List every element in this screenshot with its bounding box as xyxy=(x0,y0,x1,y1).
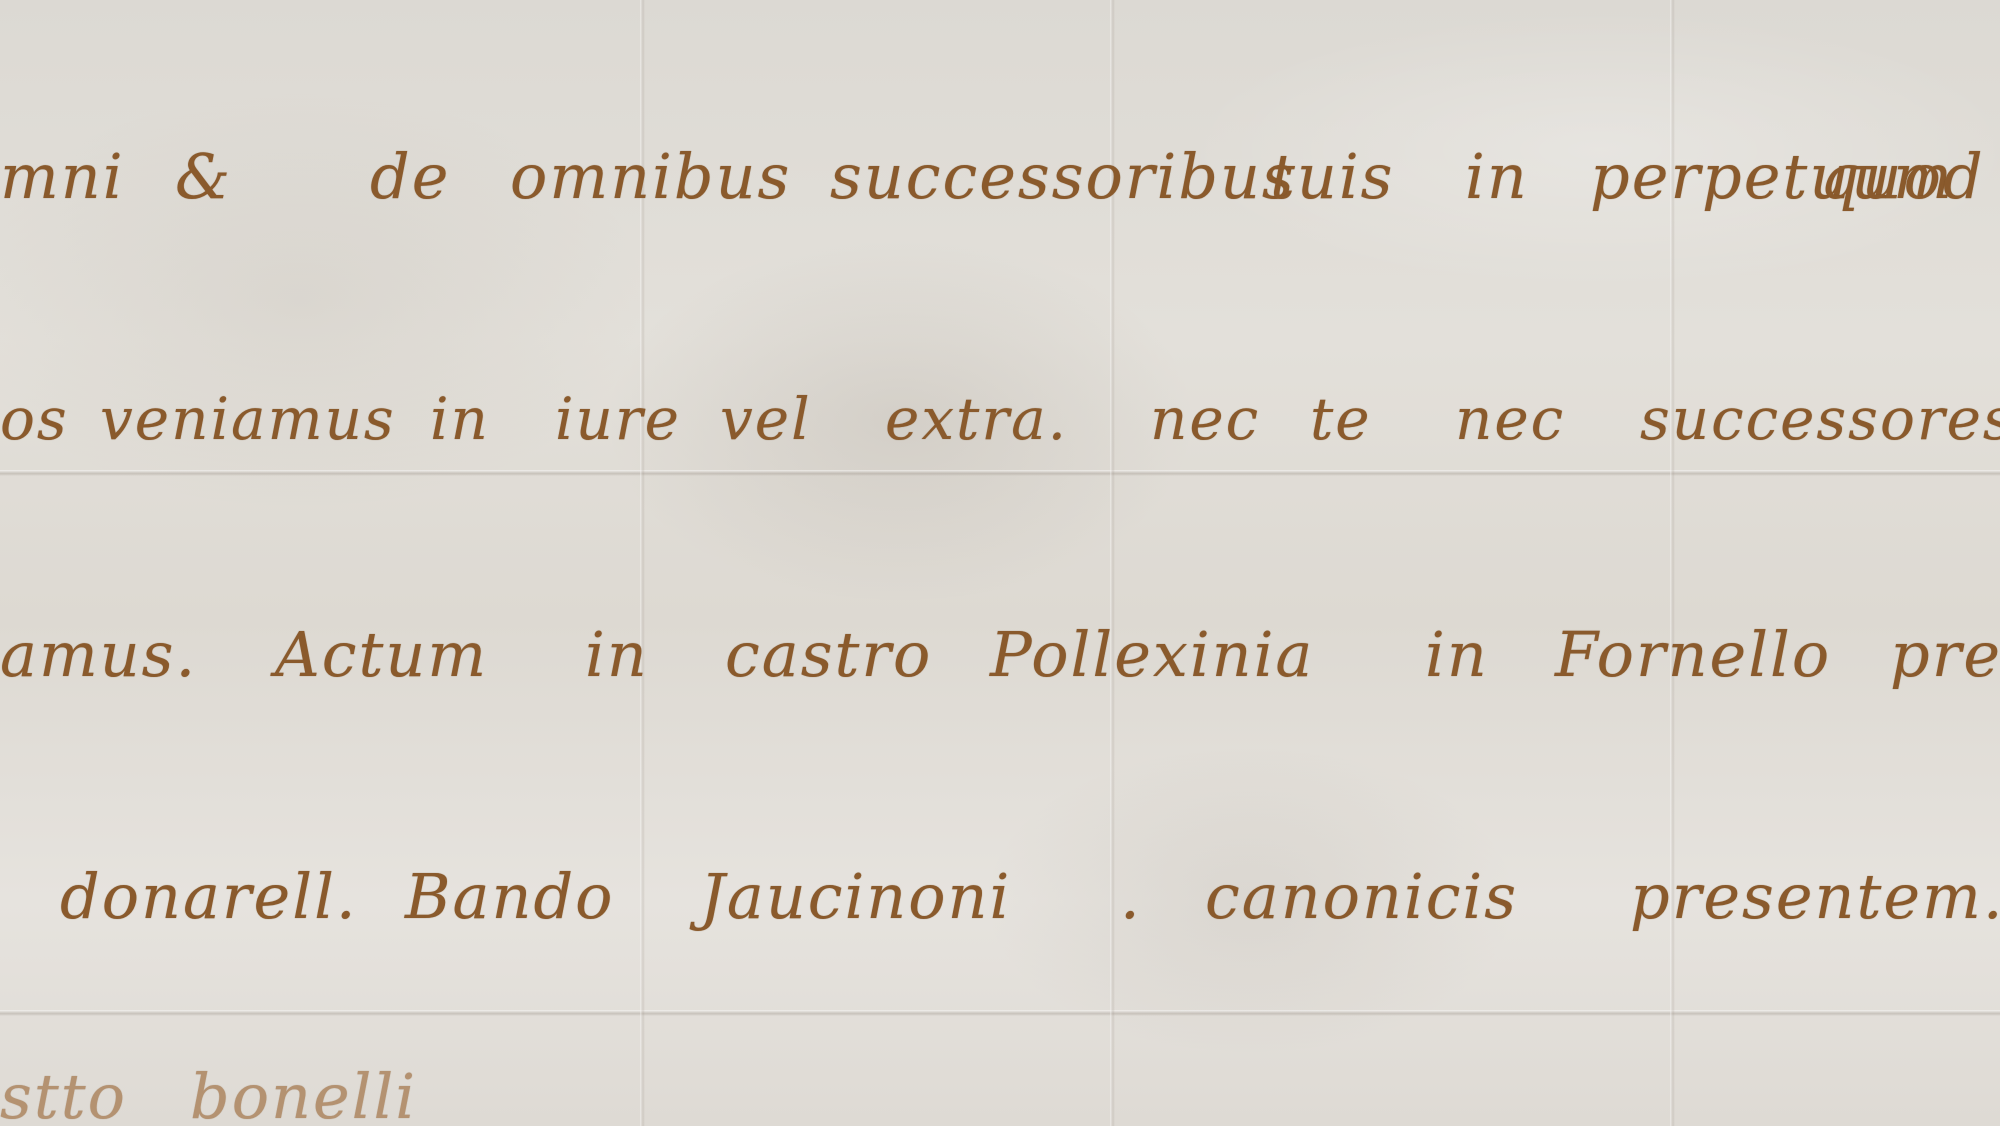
word: presentem. xyxy=(1630,860,2000,933)
word: Actum xyxy=(275,618,488,691)
word: te xyxy=(1310,385,1372,453)
word: Bando xyxy=(405,860,614,933)
word: Pollexinia xyxy=(990,618,1314,691)
word: in xyxy=(1425,618,1489,691)
word: & xyxy=(175,140,232,213)
word: mni xyxy=(0,140,125,213)
word: iure xyxy=(555,385,681,453)
word: donarell. xyxy=(60,860,358,933)
parchment-document: mni & de omnibus successoribus tuis in p… xyxy=(0,0,2000,1126)
word: de xyxy=(370,140,450,213)
word: in xyxy=(430,385,490,453)
word: amus. xyxy=(0,618,197,691)
word: veniamus xyxy=(100,385,396,453)
word: Jaucinoni xyxy=(700,860,1011,933)
word: . xyxy=(1120,860,1142,933)
word: nec xyxy=(1150,385,1260,453)
word: stto xyxy=(0,1060,127,1126)
horizontal-fold xyxy=(0,1010,2000,1016)
word: quod xyxy=(1820,140,1985,213)
word: castro xyxy=(725,618,932,691)
word: canonicis xyxy=(1205,860,1518,933)
word: vel xyxy=(720,385,812,453)
word: successoribus xyxy=(830,140,1296,213)
word: in xyxy=(585,618,649,691)
word: tuis xyxy=(1270,140,1395,213)
word: pres xyxy=(1890,618,2000,691)
word: extra. xyxy=(885,385,1068,453)
word: os xyxy=(0,385,69,453)
word: in xyxy=(1465,140,1529,213)
word: Fornello xyxy=(1555,618,1831,691)
word: nec xyxy=(1455,385,1565,453)
word: bonelli xyxy=(190,1060,417,1126)
word: omnibus xyxy=(510,140,791,213)
horizontal-fold xyxy=(0,470,2000,476)
word: successores xyxy=(1640,385,2000,453)
